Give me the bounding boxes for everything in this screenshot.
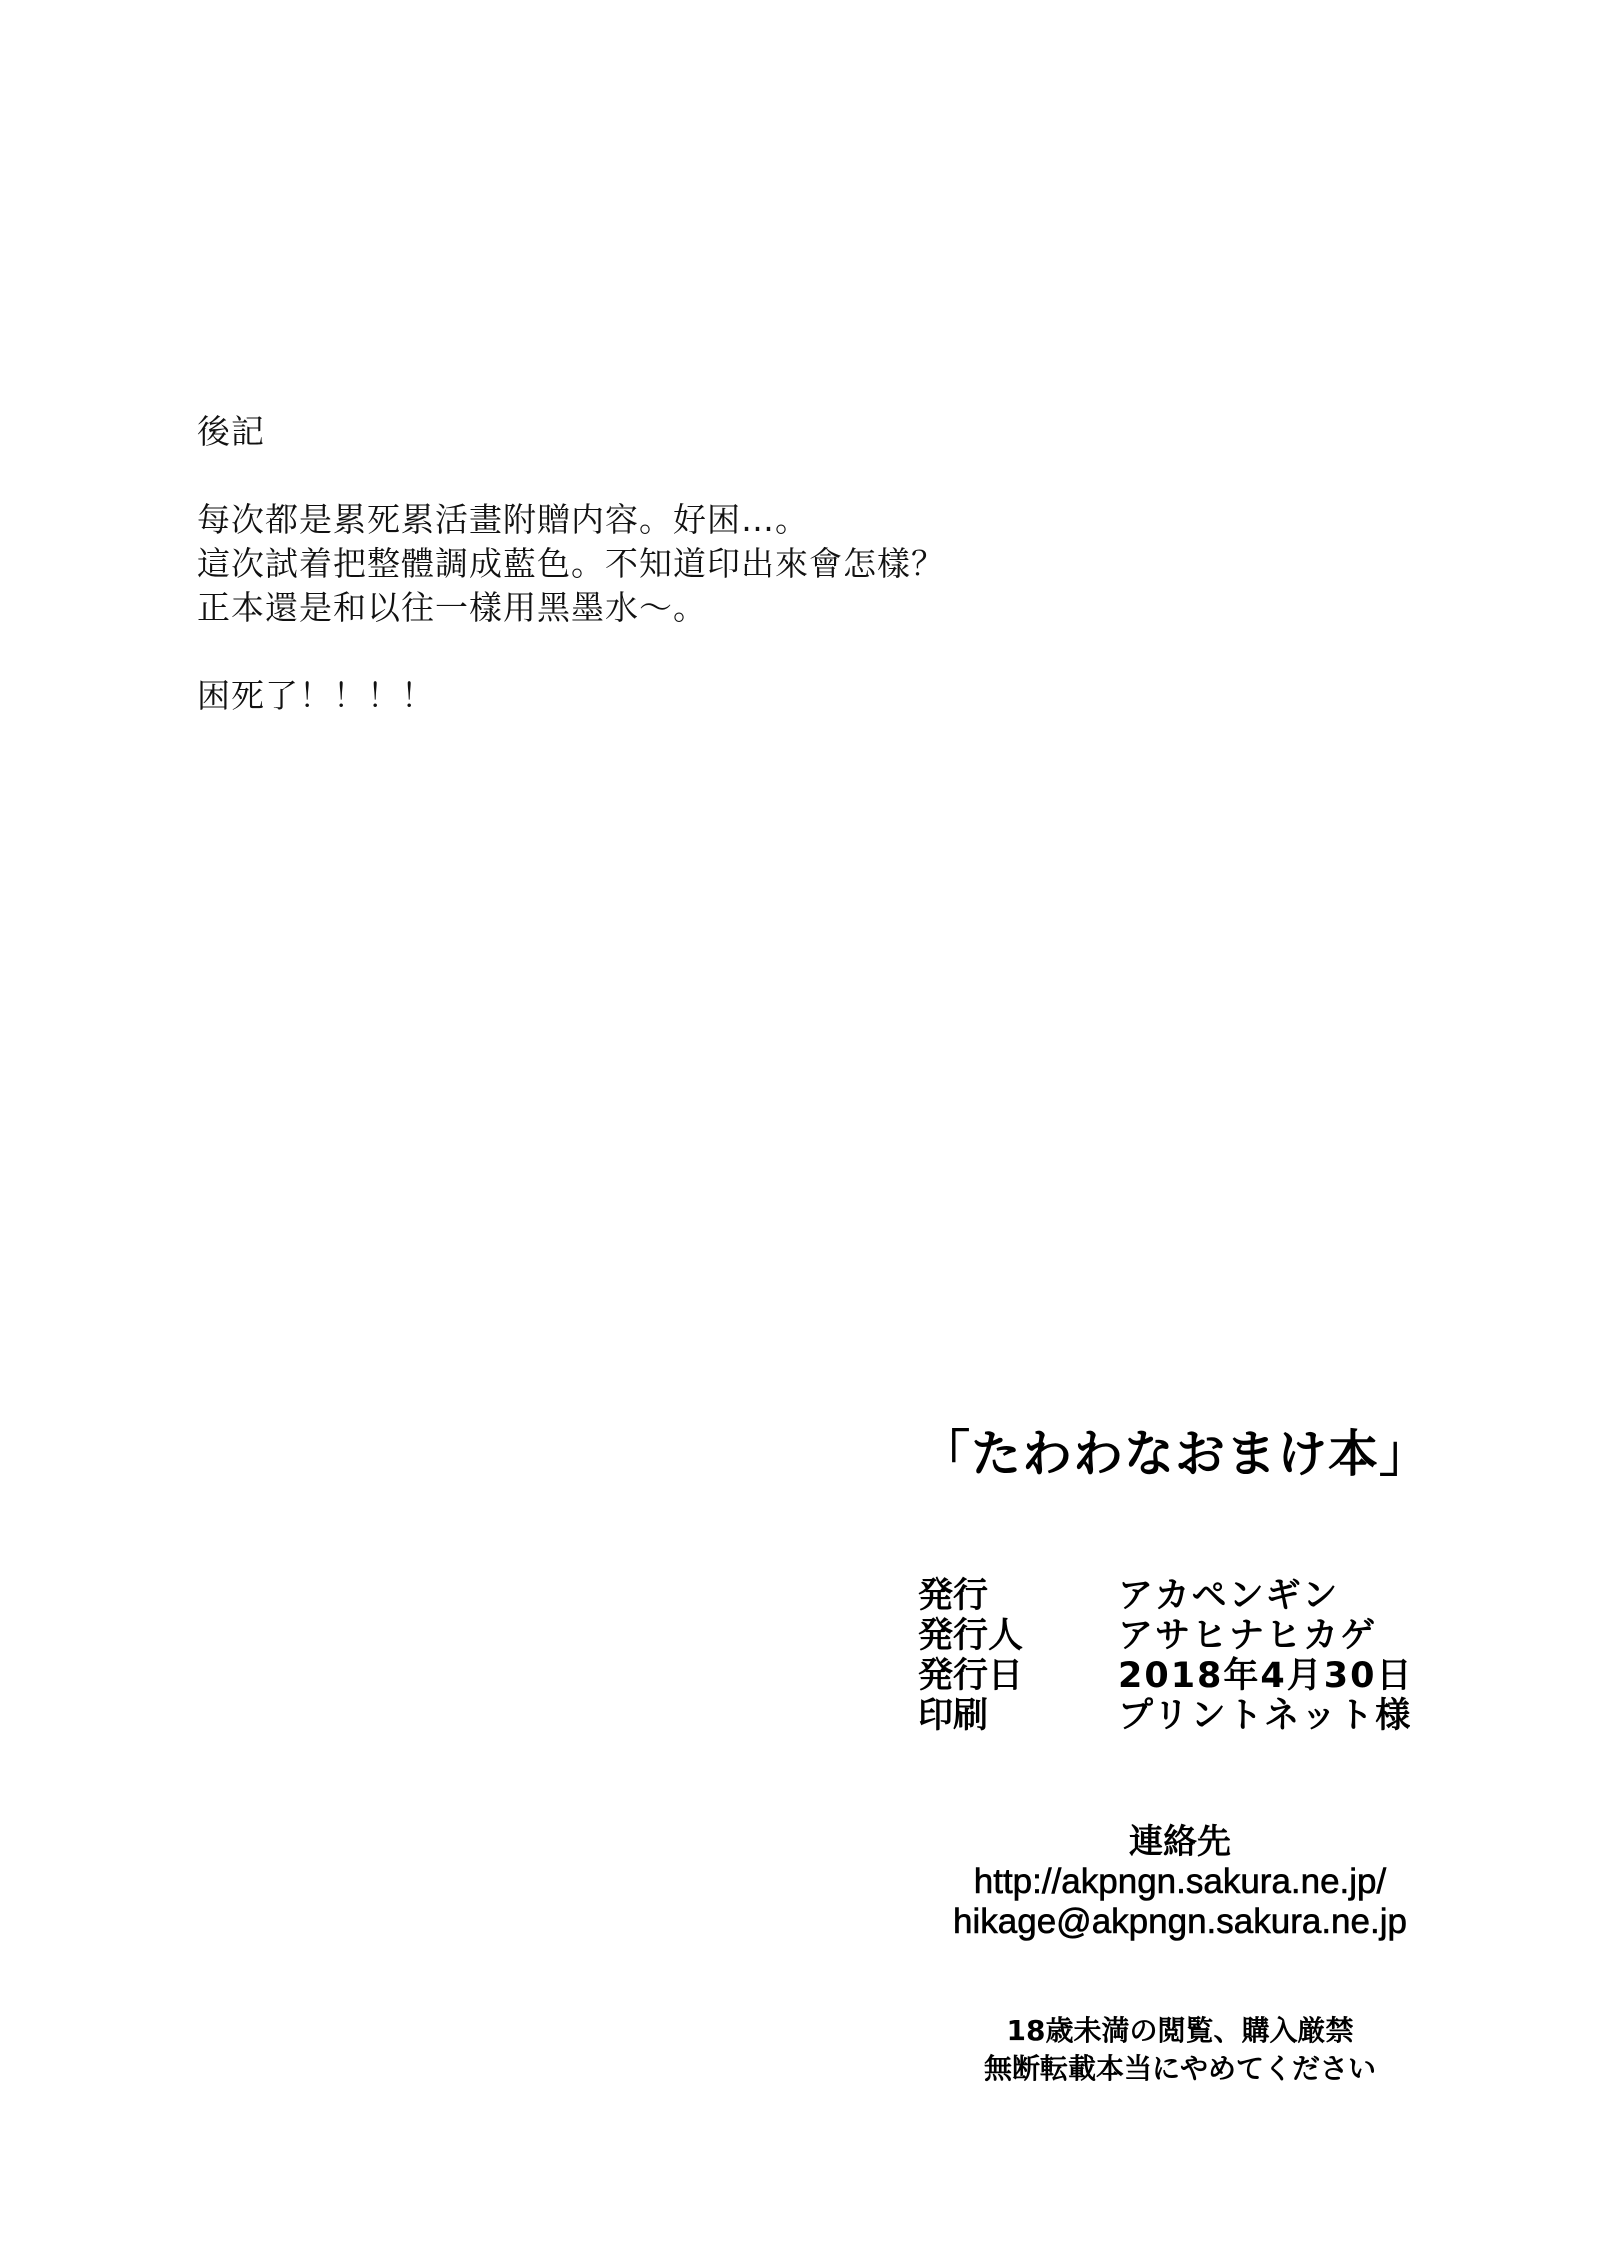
colophon-label: 発行人 xyxy=(918,1616,1118,1656)
colophon-row-date: 発行日 2018年4月30日 xyxy=(918,1656,1478,1696)
colophon-row-author: 発行人 アサヒナヒカゲ xyxy=(918,1616,1478,1656)
paragraph-spacer xyxy=(197,630,1197,674)
colophon-value: 2018年4月30日 xyxy=(1118,1656,1478,1696)
afterword-closing: 困死了！！！！ xyxy=(197,674,1197,718)
colophon: 発行 アカペンギン 発行人 アサヒナヒカゲ 発行日 2018年4月30日 印刷 … xyxy=(918,1576,1478,1736)
colophon-label: 発行 xyxy=(918,1576,1118,1616)
age-restriction-notice: 18歳未満の閲覧、購入厳禁 xyxy=(880,2012,1480,2050)
contact-section: 連絡先 http://akpngn.sakura.ne.jp/ hikage@a… xyxy=(880,1822,1480,1942)
notice-section: 18歳未満の閲覧、購入厳禁 無断転載本当にやめてください xyxy=(880,2012,1480,2088)
book-title: 「たわわなおまけ本」 xyxy=(920,1422,1480,1486)
afterword-heading: 後記 xyxy=(197,410,1197,454)
afterword-line: 這次試着把整體調成藍色。不知道印出來會怎樣？ xyxy=(197,542,1197,586)
colophon-value: アカペンギン xyxy=(1118,1576,1478,1616)
colophon-value: プリントネット様 xyxy=(1118,1696,1478,1736)
afterword-section: 後記 每次都是累死累活畫附贈内容。好困…。 這次試着把整體調成藍色。不知道印出來… xyxy=(197,410,1197,718)
contact-heading: 連絡先 xyxy=(880,1822,1480,1862)
colophon-label: 発行日 xyxy=(918,1656,1118,1696)
colophon-row-publisher: 発行 アカペンギン xyxy=(918,1576,1478,1616)
no-reprint-notice: 無断転載本当にやめてください xyxy=(880,2050,1480,2088)
colophon-row-printer: 印刷 プリントネット様 xyxy=(918,1696,1478,1736)
colophon-value: アサヒナヒカゲ xyxy=(1118,1616,1478,1656)
afterword-line: 正本還是和以往一樣用黑墨水～。 xyxy=(197,586,1197,630)
contact-email-link[interactable]: hikage@akpngn.sakura.ne.jp xyxy=(880,1902,1480,1942)
contact-url-link[interactable]: http://akpngn.sakura.ne.jp/ xyxy=(880,1862,1480,1902)
colophon-label: 印刷 xyxy=(918,1696,1118,1736)
afterword-line: 每次都是累死累活畫附贈内容。好困…。 xyxy=(197,498,1197,542)
